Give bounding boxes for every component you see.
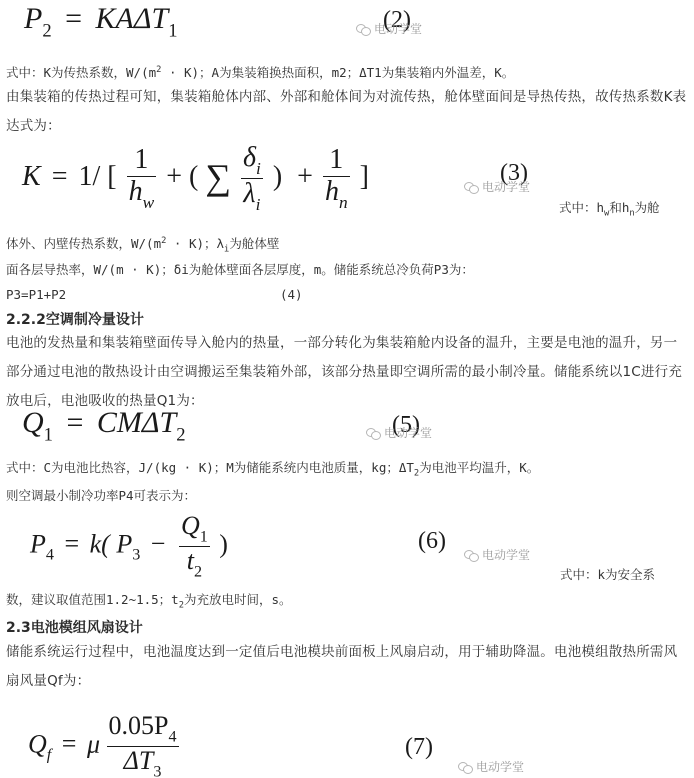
eq3-description-start: 式中：hw和hn为舱 <box>559 198 660 224</box>
wechat-icon <box>366 427 380 439</box>
eq3-close-paren: ) <box>273 161 282 192</box>
eq7-equals: = <box>62 729 77 758</box>
eq3-plus-1: + ( <box>166 161 198 192</box>
wechat-icon <box>458 761 472 773</box>
watermark: 电动学堂 <box>464 546 530 563</box>
text-segment: · K)；A为集装箱换热面积，m2；ΔT1为集装箱内外温差，K。 <box>161 65 514 80</box>
text-segment: 和h <box>609 200 629 215</box>
text-segment: 式中：K为传热系数，W/(m <box>6 65 156 80</box>
numerator-sub: i <box>256 159 261 178</box>
eq6-equals: = <box>64 529 79 558</box>
denominator-sub: 3 <box>153 763 161 778</box>
eq3-frac-2: δi λi <box>241 143 263 214</box>
text-segment: 为充放电时间，s。 <box>184 592 292 607</box>
eq6-lhs: P <box>30 529 46 558</box>
denominator-sub: 2 <box>194 563 202 580</box>
numerator-text: 0.05P <box>109 711 169 740</box>
numerator: δi <box>241 143 263 179</box>
eq2-lhs-sub: 2 <box>42 20 51 41</box>
eq3-suffix: ] <box>360 161 369 192</box>
denominator-sub: w <box>143 193 155 212</box>
eq6-frac: Q1 t2 <box>179 512 210 581</box>
denominator: hw <box>127 177 157 212</box>
numerator: 1 <box>127 145 157 177</box>
denominator: ΔT3 <box>107 747 179 778</box>
wechat-icon <box>464 549 478 561</box>
equation-6-number: (6) <box>418 528 446 555</box>
eq5-description: 式中：C为电池比热容，J/(kg · K)；M为储能系统内电池质量，kg；ΔT2… <box>6 458 539 484</box>
eq5-rhs-sub: 2 <box>176 424 185 445</box>
numerator-symbol: Q <box>181 511 200 540</box>
equation-5: Q1 = CMΔT2 <box>22 406 185 446</box>
eq3-plus-2: + <box>297 161 313 192</box>
denominator-symbol: h <box>325 176 339 207</box>
watermark: 电动学堂 <box>458 758 524 775</box>
eq7-lhs-sub: f <box>47 747 51 764</box>
eq6-description-start: 式中：k为安全系 <box>560 565 655 585</box>
text-segment: 式中：h <box>559 200 604 215</box>
watermark: 电动学堂 <box>464 178 530 195</box>
denominator-sub: i <box>256 195 261 214</box>
eq7-mu: μ <box>87 729 100 758</box>
text-segment: · K)；λ <box>166 236 224 251</box>
eq2-description: 式中：K为传热系数，W/(m2 · K)；A为集装箱换热面积，m2；ΔT1为集装… <box>6 60 514 83</box>
text-segment: 为电池平均温升，K。 <box>419 460 539 475</box>
p4-intro: 则空调最小制冷功率P4可表示为： <box>6 486 196 506</box>
paragraph-cooling-capacity: 电池的发热量和集装箱壁面传导入舱内的热量，一部分转化为集装箱舱内设备的温升，主要… <box>6 329 690 416</box>
watermark: 电动学堂 <box>366 424 432 441</box>
text-segment: 为舱体壁 <box>229 236 279 251</box>
eq6-close: ) <box>219 529 228 558</box>
numerator-symbol: δ <box>243 142 256 173</box>
eq6-minus: − <box>151 529 166 558</box>
paragraph-fan-design: 储能系统运行过程中，电池温度达到一定值后电池模块前面板上风扇启动，用于辅助降温。… <box>6 638 690 696</box>
denominator-sub: n <box>339 193 348 212</box>
watermark: 电动学堂 <box>356 20 422 37</box>
eq7-frac: 0.05P4 ΔT3 <box>107 712 179 778</box>
denominator-symbol: h <box>129 176 143 207</box>
eq3-equals: = <box>52 161 68 192</box>
numerator: 1 <box>323 145 350 177</box>
text-segment: 数，建议取值范围1.2~1.5；t <box>6 592 179 607</box>
equation-4: P3=P1+P2 <box>6 285 66 305</box>
denominator: t2 <box>179 547 210 581</box>
text-segment: 体外、内壁传热系数，W/(m <box>6 236 161 251</box>
equation-2: P2 = KAΔT1 <box>24 2 177 42</box>
eq6-p3-sub: 3 <box>132 547 140 564</box>
numerator: Q1 <box>179 512 210 547</box>
equation-7: Qf = μ 0.05P4 ΔT3 <box>28 712 182 778</box>
wechat-icon <box>356 23 370 35</box>
denominator: λi <box>241 179 263 214</box>
eq3-description-cont: 体外、内壁传热系数，W/(m2 · K)；λi为舱体壁 <box>6 231 279 260</box>
equation-3: K = 1/ [ 1 hw + ( ∑ δi λi ) + 1 hn ] <box>22 143 369 214</box>
eq2-equals: = <box>65 2 82 35</box>
denominator-symbol: t <box>187 546 194 575</box>
equation-4-number: (4) <box>280 285 303 305</box>
paragraph-heat-transfer: 由集装箱的传热过程可知，集装箱舱体内部、外部和舱体间为对流传热，舱体壁面间是导热… <box>6 83 690 141</box>
numerator: 0.05P4 <box>107 712 179 747</box>
denominator: hn <box>323 177 350 212</box>
equation-7-number: (7) <box>405 734 433 761</box>
eq5-equals: = <box>66 406 83 439</box>
section-heading-2-2-2: 2.2.2空调制冷量设计 <box>6 309 144 329</box>
equation-6: P4 = k( P3 − Q1 t2 ) <box>30 512 228 581</box>
watermark-label: 电动学堂 <box>374 20 422 37</box>
numerator-sub: 4 <box>168 728 176 745</box>
eq5-lhs: Q <box>22 406 44 439</box>
eq2-rhs-sub: 1 <box>168 20 177 41</box>
eq3-prefix: 1/ [ <box>78 161 116 192</box>
text-segment: 式中：C为电池比热容，J/(kg · K)；M为储能系统内电池质量，kg；ΔT <box>6 460 414 475</box>
numerator-sub: 1 <box>200 528 208 545</box>
denominator-symbol: λ <box>243 178 255 209</box>
eq2-lhs: P <box>24 2 42 35</box>
sigma-symbol: ∑ <box>205 157 231 197</box>
eq5-rhs: CMΔT <box>97 406 176 439</box>
eq3-frac-1: 1 hw <box>127 145 157 212</box>
denominator-symbol: ΔT <box>124 746 154 775</box>
eq3-lhs: K <box>22 161 41 192</box>
watermark-label: 电动学堂 <box>482 178 530 195</box>
eq6-lhs-sub: 4 <box>46 547 54 564</box>
watermark-label: 电动学堂 <box>384 424 432 441</box>
watermark-label: 电动学堂 <box>476 758 524 775</box>
eq5-lhs-sub: 1 <box>44 424 53 445</box>
eq6-description-cont: 数，建议取值范围1.2~1.5；t2为充放电时间，s。 <box>6 590 292 616</box>
eq6-k-open: k( P <box>90 529 133 558</box>
eq2-rhs: KAΔT <box>96 2 169 35</box>
eq3-frac-3: 1 hn <box>323 145 350 212</box>
watermark-label: 电动学堂 <box>482 546 530 563</box>
wechat-icon <box>464 181 478 193</box>
text-segment: 为舱 <box>635 200 660 215</box>
eq3-description-end: 面各层导热率，W/(m · K)；δi为舱体壁面各层厚度，m。储能系统总冷负荷P… <box>6 260 474 280</box>
section-heading-2-3: 2.3电池模组风扇设计 <box>6 617 143 637</box>
eq7-lhs: Q <box>28 729 47 758</box>
